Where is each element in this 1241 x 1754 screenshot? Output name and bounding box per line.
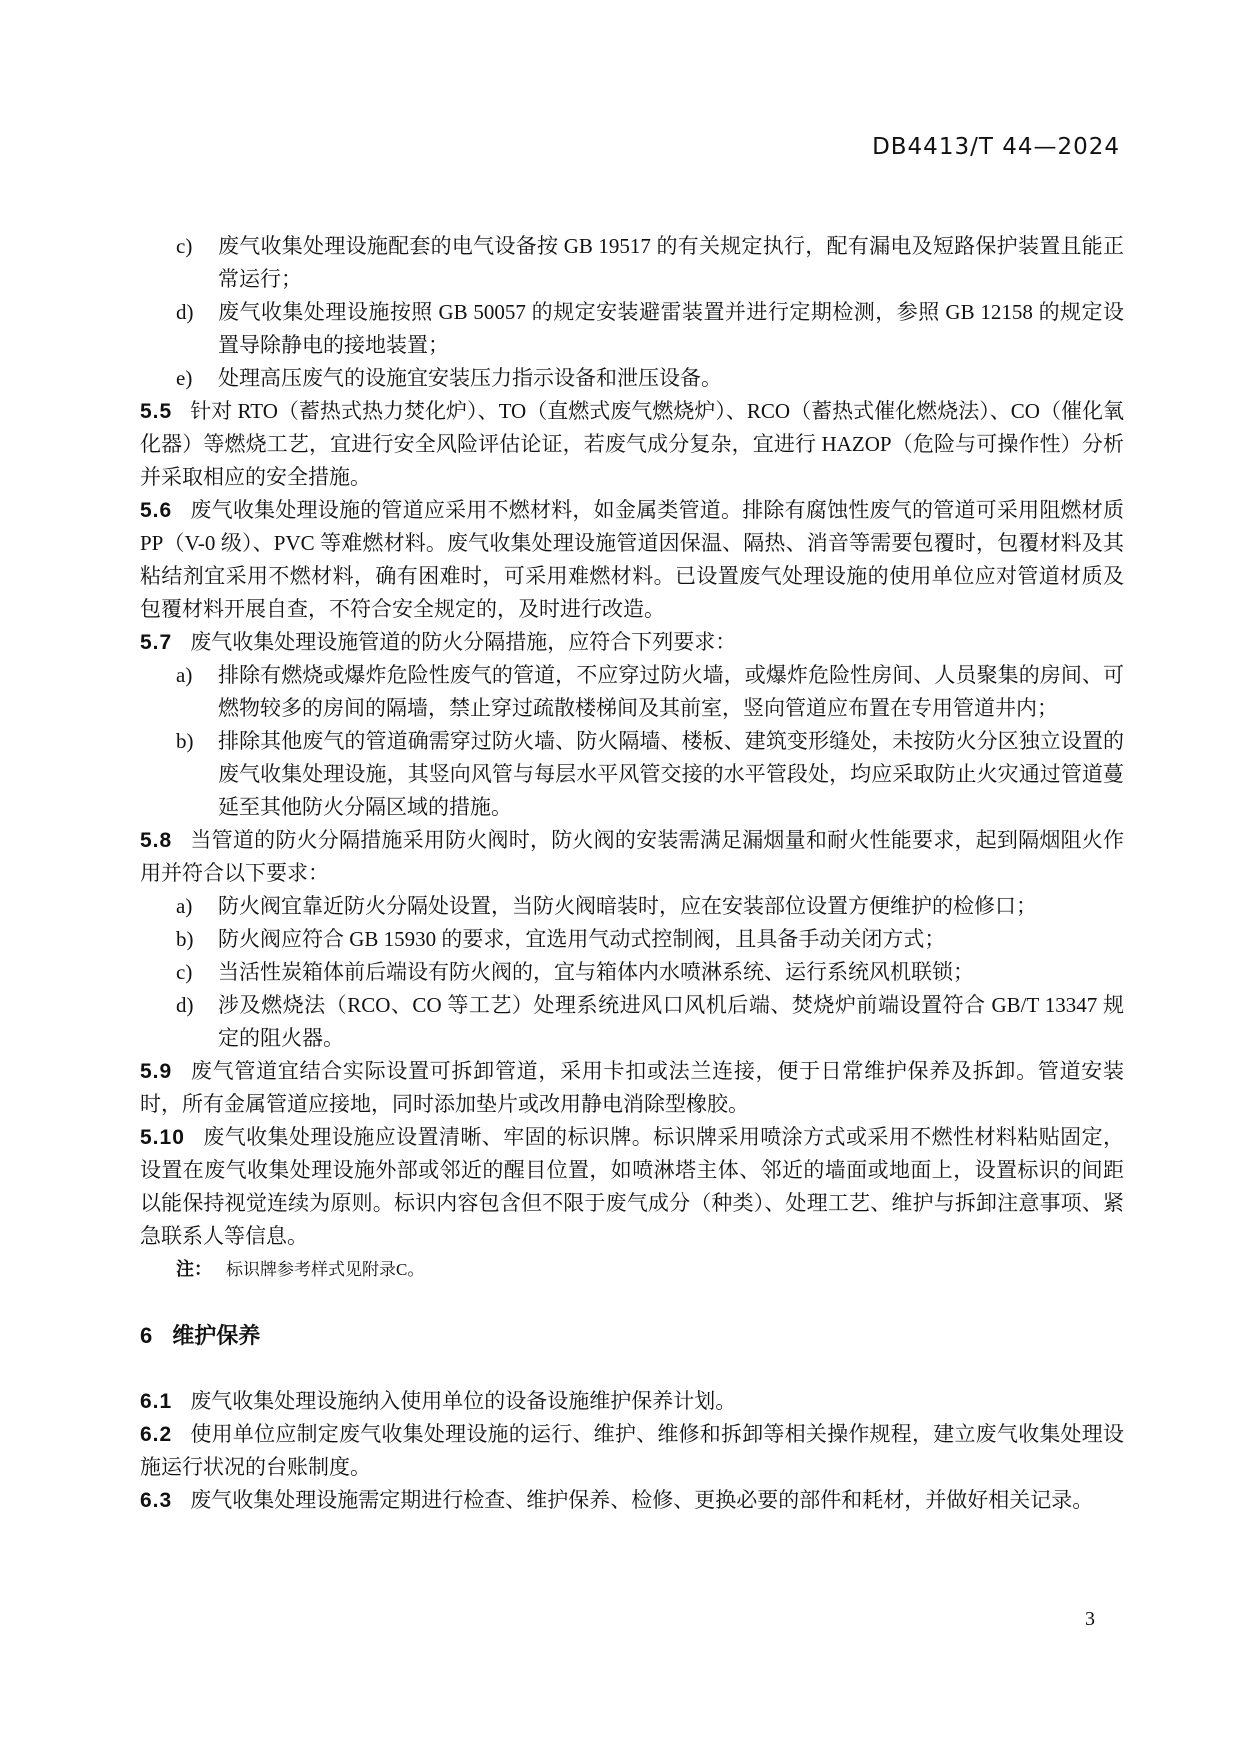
list-marker: c) [176, 230, 218, 296]
list-item: d) 涉及燃烧法（RCO、CO 等工艺）处理系统进风口风机后端、焚烧炉前端设置符… [140, 989, 1124, 1055]
section-number: 6 [140, 1323, 152, 1348]
list-item: b) 排除其他废气的管道确需穿过防火墙、防火隔墙、楼板、建筑变形缝处，未按防火分… [140, 725, 1124, 824]
list-marker: a) [176, 659, 218, 725]
page-number: 3 [1085, 1608, 1095, 1631]
list-marker: a) [176, 890, 218, 923]
clause-5-9: 5.9废气管道宜结合实际设置可拆卸管道，采用卡扣或法兰连接，便于日常维护保养及拆… [140, 1055, 1124, 1121]
list-marker: e) [176, 362, 218, 395]
list-item-text: 防火阀宜靠近防火分隔处设置，当防火阀暗装时，应在安装部位设置方便维护的检修口； [218, 890, 1124, 923]
clause-5-10: 5.10废气收集处理设施应设置清晰、牢固的标识牌。标识牌采用喷涂方式或采用不燃性… [140, 1121, 1124, 1253]
list-item-text: 防火阀应符合 GB 15930 的要求，宜选用气动式控制阀，且具备手动关闭方式； [218, 923, 1124, 956]
note-label: 注： [176, 1259, 212, 1279]
list-item: e) 处理高压废气的设施宜安装压力指示设备和泄压设备。 [140, 362, 1124, 395]
list-marker: b) [176, 923, 218, 956]
note: 注：标识牌参考样式见附录C。 [140, 1253, 1124, 1286]
doc-number: DB4413/T 44—2024 [872, 134, 1120, 160]
clause-number: 5.7 [140, 631, 172, 654]
clause-text: 当管道的防火分隔措施采用防火阀时，防火阀的安装需满足漏烟量和耐火性能要求，起到隔… [140, 828, 1124, 885]
document-body: c) 废气收集处理设施配套的电气设备按 GB 19517 的有关规定执行，配有漏… [140, 230, 1124, 1517]
clause-text: 废气收集处理设施纳入使用单位的设备设施维护保养计划。 [190, 1389, 736, 1413]
clause-6-3: 6.3废气收集处理设施需定期进行检查、维护保养、检修、更换必要的部件和耗材，并做… [140, 1484, 1124, 1517]
list-marker: d) [176, 296, 218, 362]
clause-number: 5.8 [140, 829, 172, 852]
list-item-text: 当活性炭箱体前后端设有防火阀的，宜与箱体内水喷淋系统、运行系统风机联锁； [218, 956, 1124, 989]
clause-text: 废气收集处理设施应设置清晰、牢固的标识牌。标识牌采用喷涂方式或采用不燃性材料粘贴… [140, 1125, 1124, 1248]
document-page: DB4413/T 44—2024 c) 废气收集处理设施配套的电气设备按 GB … [0, 0, 1241, 1754]
clause-text: 针对 RTO（蓄热式热力焚化炉）、TO（直燃式废气燃烧炉）、RCO（蓄热式催化燃… [140, 399, 1124, 489]
list-item-text: 排除其他废气的管道确需穿过防火墙、防火隔墙、楼板、建筑变形缝处，未按防火分区独立… [218, 725, 1124, 824]
clause-6-1: 6.1废气收集处理设施纳入使用单位的设备设施维护保养计划。 [140, 1385, 1124, 1418]
clause-number: 6.3 [140, 1489, 172, 1512]
clause-number: 5.10 [140, 1126, 185, 1149]
list-item: c) 当活性炭箱体前后端设有防火阀的，宜与箱体内水喷淋系统、运行系统风机联锁； [140, 956, 1124, 989]
clause-number: 6.1 [140, 1390, 172, 1413]
clause-text: 使用单位应制定废气收集处理设施的运行、维护、维修和拆卸等相关操作规程，建立废气收… [140, 1422, 1124, 1479]
section-heading-6: 6维护保养 [140, 1319, 1124, 1352]
list-item-text: 排除有燃烧或爆炸危险性废气的管道，不应穿过防火墙，或爆炸危险性房间、人员聚集的房… [218, 659, 1124, 725]
list-item: b) 防火阀应符合 GB 15930 的要求，宜选用气动式控制阀，且具备手动关闭… [140, 923, 1124, 956]
list-item: a) 防火阀宜靠近防火分隔处设置，当防火阀暗装时，应在安装部位设置方便维护的检修… [140, 890, 1124, 923]
clause-5-8: 5.8当管道的防火分隔措施采用防火阀时，防火阀的安装需满足漏烟量和耐火性能要求，… [140, 824, 1124, 890]
clause-6-2: 6.2使用单位应制定废气收集处理设施的运行、维护、维修和拆卸等相关操作规程，建立… [140, 1418, 1124, 1484]
clause-text: 废气收集处理设施管道的防火分隔措施，应符合下列要求： [190, 630, 736, 654]
clause-number: 5.9 [140, 1060, 172, 1083]
list-marker: c) [176, 956, 218, 989]
list-marker: d) [176, 989, 218, 1055]
list-item-text: 废气收集处理设施按照 GB 50057 的规定安装避雷装置并进行定期检测，参照 … [218, 296, 1124, 362]
section-title: 维护保养 [172, 1323, 260, 1348]
clause-number: 5.6 [140, 499, 172, 522]
clause-5-5: 5.5针对 RTO（蓄热式热力焚化炉）、TO（直燃式废气燃烧炉）、RCO（蓄热式… [140, 395, 1124, 494]
clause-text: 废气管道宜结合实际设置可拆卸管道，采用卡扣或法兰连接，便于日常维护保养及拆卸。管… [140, 1059, 1124, 1116]
list-item-text: 废气收集处理设施配套的电气设备按 GB 19517 的有关规定执行，配有漏电及短… [218, 230, 1124, 296]
list-item: d) 废气收集处理设施按照 GB 50057 的规定安装避雷装置并进行定期检测，… [140, 296, 1124, 362]
list-marker: b) [176, 725, 218, 824]
list-item-text: 处理高压废气的设施宜安装压力指示设备和泄压设备。 [218, 362, 1124, 395]
clause-text: 废气收集处理设施的管道应采用不燃材料，如金属类管道。排除有腐蚀性废气的管道可采用… [140, 498, 1124, 621]
clause-number: 5.5 [140, 400, 172, 423]
clause-5-7: 5.7废气收集处理设施管道的防火分隔措施，应符合下列要求： [140, 626, 1124, 659]
clause-number: 6.2 [140, 1423, 172, 1446]
clause-5-6: 5.6废气收集处理设施的管道应采用不燃材料，如金属类管道。排除有腐蚀性废气的管道… [140, 494, 1124, 626]
list-item: a) 排除有燃烧或爆炸危险性废气的管道，不应穿过防火墙，或爆炸危险性房间、人员聚… [140, 659, 1124, 725]
list-item-text: 涉及燃烧法（RCO、CO 等工艺）处理系统进风口风机后端、焚烧炉前端设置符合 G… [218, 989, 1124, 1055]
note-text: 标识牌参考样式见附录C。 [226, 1260, 424, 1279]
list-item: c) 废气收集处理设施配套的电气设备按 GB 19517 的有关规定执行，配有漏… [140, 230, 1124, 296]
clause-text: 废气收集处理设施需定期进行检查、维护保养、检修、更换必要的部件和耗材，并做好相关… [190, 1488, 1093, 1512]
